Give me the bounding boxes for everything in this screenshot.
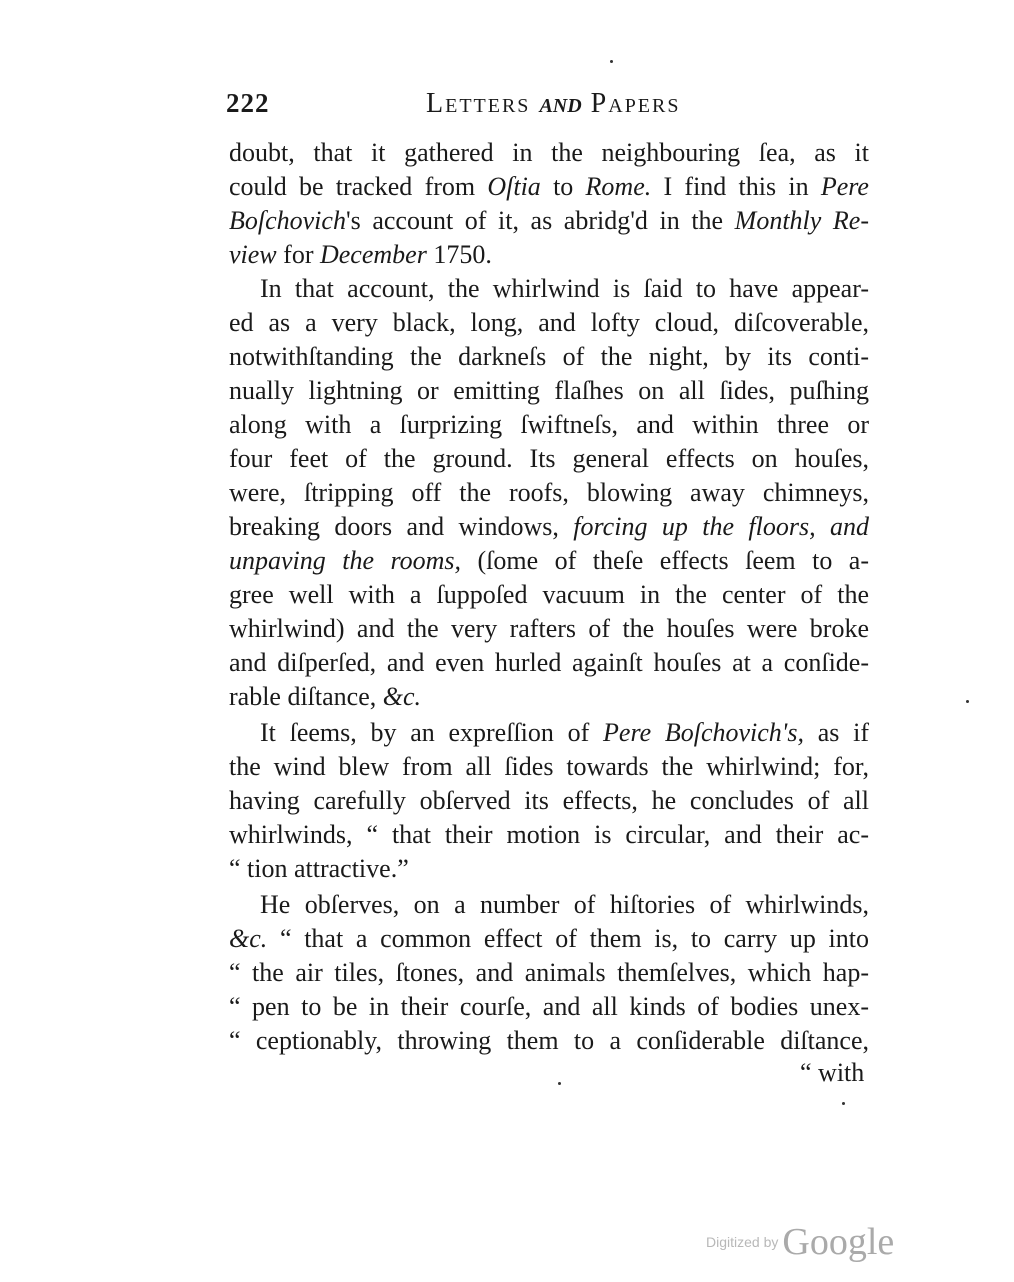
text-line: rable diſtance, &c. — [229, 680, 869, 714]
text-line: doubt, that it gathered in the neighbour… — [229, 136, 869, 170]
text-line: “ tion attractive.” — [229, 852, 869, 886]
running-title-pre: Letters — [426, 88, 539, 119]
page-header: 222 Letters and Papers — [226, 88, 876, 128]
text-line: notwithſtanding the darkneſs of the nigh… — [229, 340, 869, 374]
running-title-italic: and — [539, 88, 581, 119]
text-line: It ſeems, by an expreſſion of Pere Boſch… — [260, 716, 869, 750]
scan-speck — [966, 700, 969, 703]
text-line: unpaving the rooms, (ſome of theſe effec… — [229, 544, 869, 578]
text-line: whirlwinds, “ that their motion is circu… — [229, 818, 869, 852]
text-line: Boſchovich's account of it, as abridg'd … — [229, 204, 869, 238]
text-line: and diſperſed, and even hurled againſt h… — [229, 646, 869, 680]
scan-speck — [842, 1102, 845, 1105]
text-line: In that account, the whirlwind is ſaid t… — [260, 272, 869, 306]
text-line: having carefully obſerved its effects, h… — [229, 784, 869, 818]
text-line: gree well with a ſuppoſed vacuum in the … — [229, 578, 869, 612]
text-line: breaking doors and windows, forcing up t… — [229, 510, 869, 544]
digitized-by-google-watermark: Digitized by Google — [706, 1220, 894, 1264]
page-number: 222 — [226, 88, 270, 119]
text-line: along with a ſurprizing ſwiftneſs, and w… — [229, 408, 869, 442]
catchword: “ with — [800, 1058, 864, 1088]
running-title: Letters and Papers — [426, 88, 681, 120]
text-line: He obſerves, on a number of hiſtories of… — [260, 888, 869, 922]
text-line: were, ſtripping off the roofs, blowing a… — [229, 476, 869, 510]
watermark-prefix: Digitized by — [706, 1234, 778, 1250]
text-line: &c. “ that a common effect of them is, t… — [229, 922, 869, 956]
text-line: “ the air tiles, ſtones, and animals the… — [229, 956, 869, 990]
scan-speck — [558, 1082, 561, 1085]
text-line: the wind blew from all ſides towards the… — [229, 750, 869, 784]
text-line: four feet of the ground. Its general eff… — [229, 442, 869, 476]
text-line: “ pen to be in their courſe, and all kin… — [229, 990, 869, 1024]
text-line: ed as a very black, long, and lofty clou… — [229, 306, 869, 340]
text-line: whirlwind) and the very rafters of the h… — [229, 612, 869, 646]
text-line: “ ceptionably, throwing them to a conſid… — [229, 1024, 869, 1058]
watermark-brand: Google — [782, 1221, 894, 1263]
text-line: could be tracked from Oſtia to Rome. I f… — [229, 170, 869, 204]
text-line: nually lightning or emitting flaſhes on … — [229, 374, 869, 408]
running-title-post: Papers — [582, 88, 681, 119]
book-page: 222 Letters and Papers doubt, that it ga… — [0, 0, 1014, 1282]
scan-speck — [610, 60, 613, 63]
text-line: view for December 1750. — [229, 238, 869, 272]
